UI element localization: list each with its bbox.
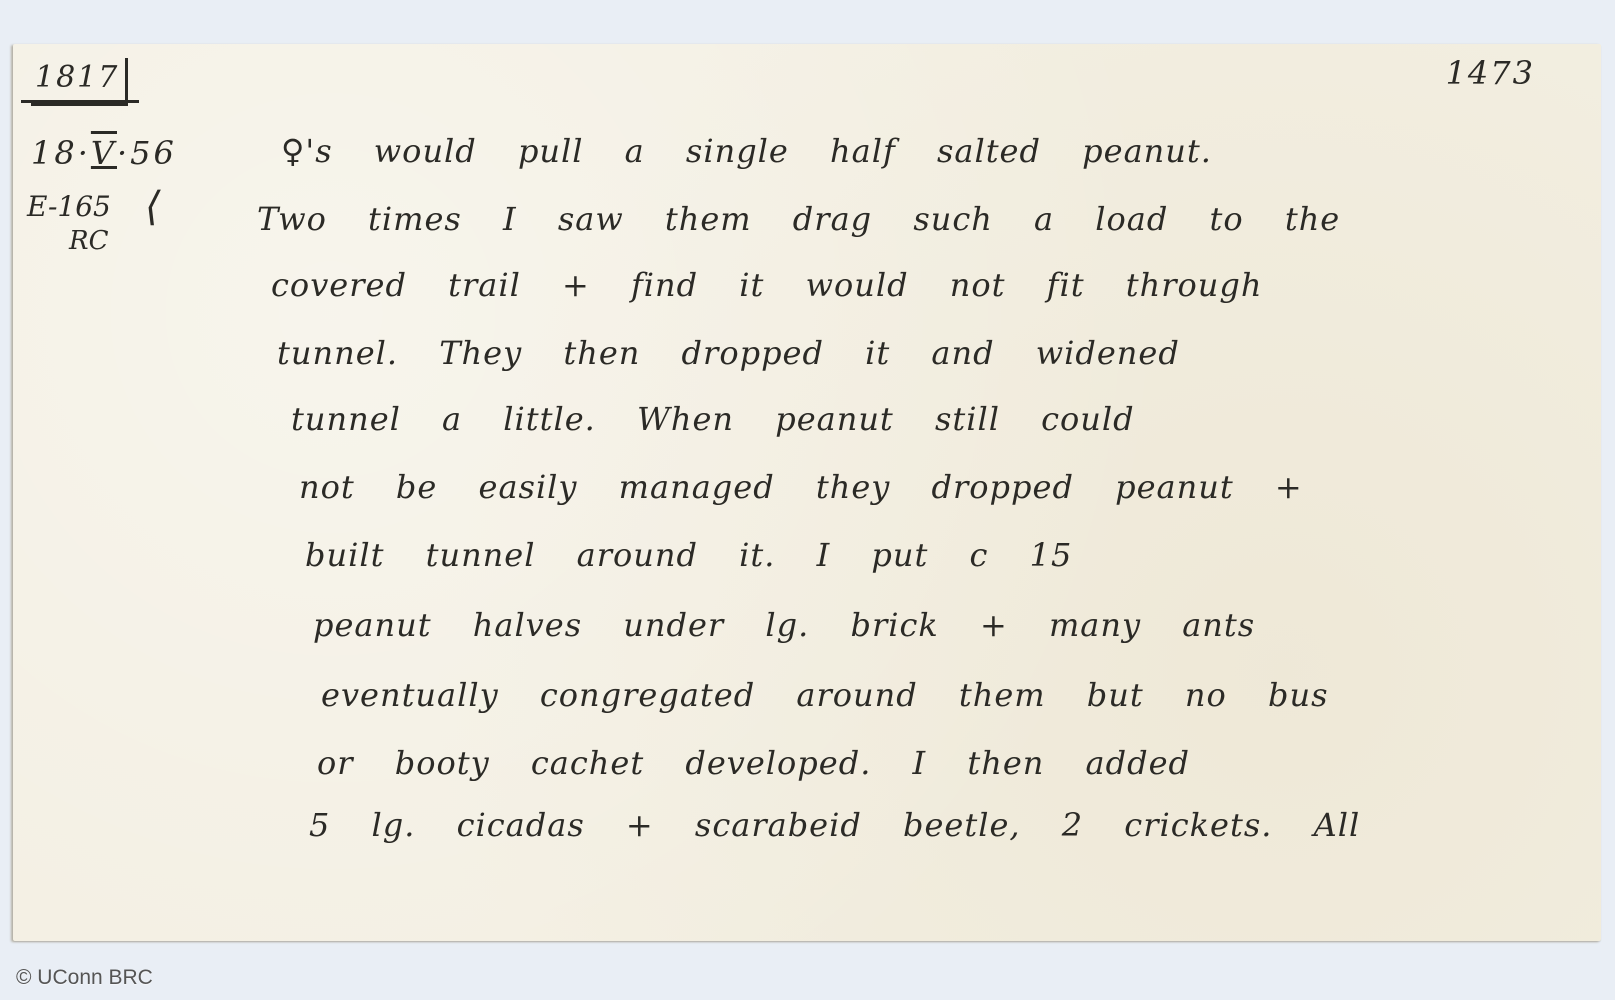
note-line-7: built tunnel around it. I put c 15 (305, 536, 1072, 574)
date-separator: · (117, 134, 130, 172)
note-line-9: eventually congregated around them but n… (321, 676, 1328, 714)
index-card: 1817 1473 18·V·56 E-165 RC ⟨ ♀'s would p… (13, 44, 1601, 941)
note-line-3: covered trail + find it would not fit th… (271, 266, 1262, 304)
collection-date: 18·V·56 (31, 134, 177, 172)
date-month-roman: V (91, 134, 117, 172)
note-line-6: not be easily managed they dropped peanu… (299, 468, 1303, 506)
collector-initials: RC (69, 226, 108, 256)
date-day: 18 (31, 134, 78, 172)
date-separator: · (78, 134, 91, 172)
note-line-2: Two times I saw them drag such a load to… (257, 200, 1340, 238)
note-line-11: 5 lg. cicadas + scarabeid beetle, 2 cric… (309, 806, 1360, 844)
bracket-mark: ⟨ (145, 184, 161, 230)
card-number: 1817 (31, 58, 128, 106)
specimen-code: E-165 (27, 190, 111, 223)
note-line-1: ♀'s would pull a single half salted pean… (281, 132, 1212, 170)
copyright-notice: © UConn BRC (16, 966, 153, 990)
date-year: 56 (130, 134, 177, 172)
catalog-number: 1473 (1446, 54, 1535, 92)
card-number-underline (21, 100, 139, 103)
note-line-10: or booty cachet developed. I then added (317, 744, 1190, 782)
note-line-4: tunnel. They then dropped it and widened (277, 334, 1180, 372)
note-line-5: tunnel a little. When peanut still could (291, 400, 1135, 438)
note-line-8: peanut halves under lg. brick + many ant… (313, 606, 1255, 644)
